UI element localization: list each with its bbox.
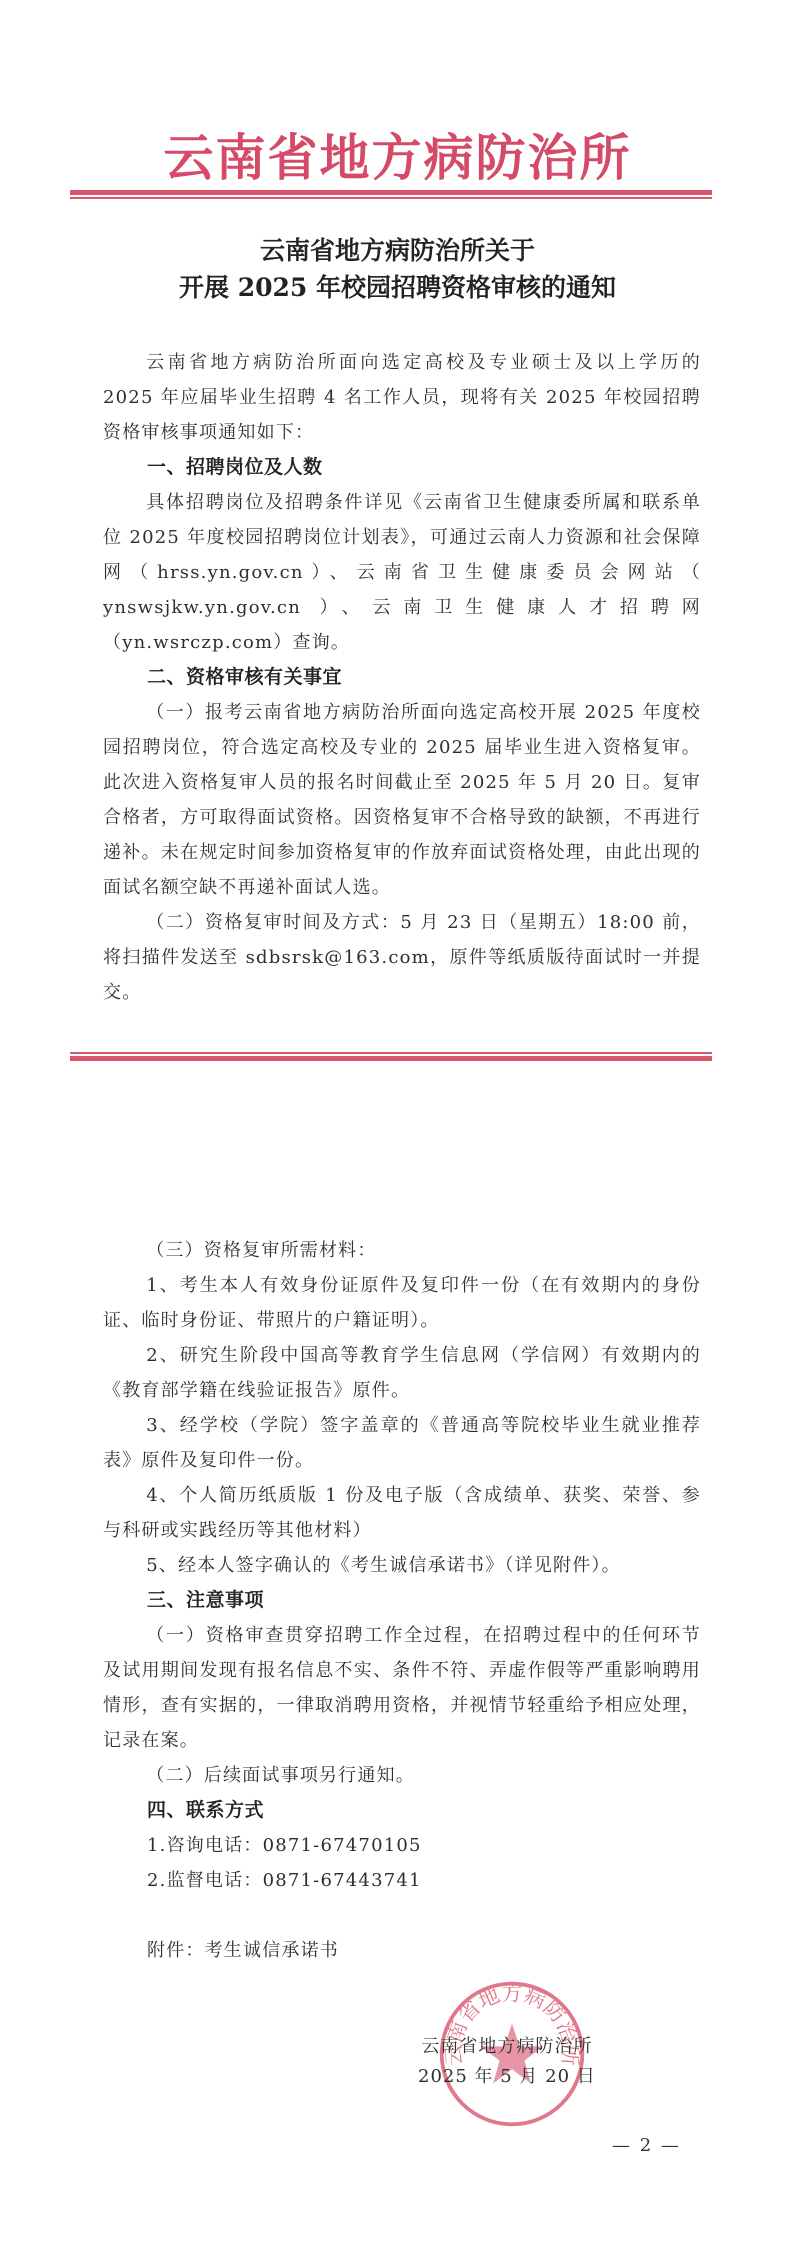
section-heading-1: 一、招聘岗位及人数 xyxy=(103,450,701,485)
attachment-note: 附件：考生诚信承诺书 xyxy=(103,1933,701,1968)
document-title: 云南省地方病防治所关于 开展 2025 年校园招聘资格审核的通知 xyxy=(0,232,795,306)
title-line-1: 云南省地方病防治所关于 xyxy=(0,232,795,269)
signature-block: 云南省地方病防治所 2025 年 5 月 20 日 xyxy=(418,2032,596,2092)
material-item: 2、研究生阶段中国高等教育学生信息网（学信网）有效期内的《教育部学籍在线验证报告… xyxy=(103,1338,701,1408)
material-item: 1、考生本人有效身份证原件及复印件一份（在有效期内的身份证、临时身份证、带照片的… xyxy=(103,1268,701,1338)
section-3-item-1: （一）资格审查贯穿招聘工作全过程，在招聘过程中的任何环节及试用期间发现有报名信息… xyxy=(103,1618,701,1758)
material-item: 3、经学校（学院）签字盖章的《普通高等院校毕业生就业推荐表》原件及复印件一份。 xyxy=(103,1408,701,1478)
letterhead-divider xyxy=(70,190,712,199)
page-footer-divider xyxy=(70,1052,712,1061)
section-heading-3: 三、注意事项 xyxy=(103,1583,701,1618)
section-3-item-2: （二）后续面试事项另行通知。 xyxy=(103,1758,701,1793)
body-page-2: （三）资格复审所需材料： 1、考生本人有效身份证原件及复印件一份（在有效期内的身… xyxy=(103,1233,701,1968)
title-line-2: 开展 2025 年校园招聘资格审核的通知 xyxy=(0,269,795,306)
section-2-item-2: （二）资格复审时间及方式：5 月 23 日（星期五）18:00 前，将扫描件发送… xyxy=(103,905,701,1010)
intro-paragraph: 云南省地方病防治所面向选定高校及专业硕士及以上学历的 2025 年应届毕业生招聘… xyxy=(103,345,701,450)
contact-phone-supervision: 2.监督电话：0871-67443741 xyxy=(103,1863,701,1898)
signature-date: 2025 年 5 月 20 日 xyxy=(418,2062,596,2092)
org-letterhead: 云南省地方病防治所 xyxy=(0,128,795,188)
material-item: 4、个人简历纸质版 1 份及电子版（含成绩单、获奖、荣誉、参与科研或实践经历等其… xyxy=(103,1478,701,1548)
signature-org: 云南省地方病防治所 xyxy=(418,2032,596,2062)
page-number: — 2 — xyxy=(612,2135,681,2156)
contact-phone-inquiry: 1.咨询电话：0871-67470105 xyxy=(103,1828,701,1863)
document-page: 云南省地方病防治所 云南省地方病防治所关于 开展 2025 年校园招聘资格审核的… xyxy=(0,0,795,2246)
section-1-paragraph: 具体招聘岗位及招聘条件详见《云南省卫生健康委所属和联系单位 2025 年度校园招… xyxy=(103,485,701,660)
material-item: 5、经本人签字确认的《考生诚信承诺书》（详见附件）。 xyxy=(103,1548,701,1583)
body-page-1: 云南省地方病防治所面向选定高校及专业硕士及以上学历的 2025 年应届毕业生招聘… xyxy=(103,345,701,1010)
section-2-item-3-heading: （三）资格复审所需材料： xyxy=(103,1233,701,1268)
section-2-item-1: （一）报考云南省地方病防治所面向选定高校开展 2025 年度校园招聘岗位，符合选… xyxy=(103,695,701,905)
section-heading-4: 四、联系方式 xyxy=(103,1793,701,1828)
section-heading-2: 二、资格审核有关事宜 xyxy=(103,660,701,695)
